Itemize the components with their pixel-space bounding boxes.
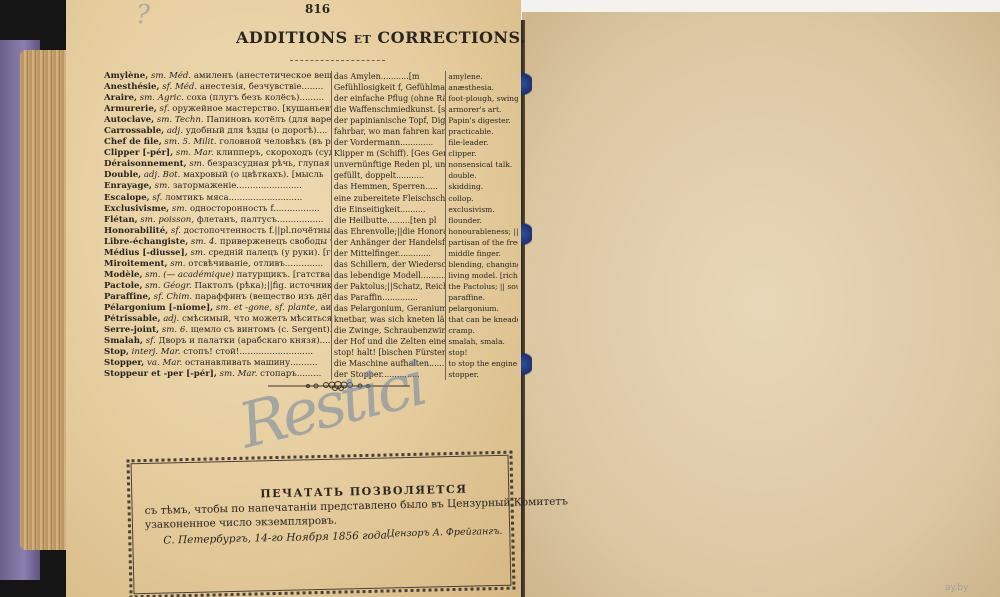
english-translation: smalah, smala.: [445, 336, 518, 347]
entry-row: Médius [-diusse], sm. средній палецъ (у …: [104, 248, 518, 259]
entry-row: Pélargonium [-niome], sm. et -gone, sf. …: [104, 303, 518, 314]
grammar-label: sf. Méd.: [162, 82, 197, 92]
english-translation: pelargonium.: [445, 303, 518, 314]
french-entry: Flétan, sm. poisson, флетанъ, палтусъ...…: [104, 215, 331, 226]
entry-row: Honorabilité, sf. достопочтенность f.||p…: [104, 226, 518, 237]
russian-translation: отсвѣчиваніе, отливъ..............: [188, 259, 323, 269]
entry-row: Armurerie, sf. оружейное мастерство. [ку…: [104, 104, 518, 115]
french-entry: Enrayage, sm. затормаженіе..............…: [104, 181, 331, 192]
headword: Stop,: [104, 347, 129, 357]
headword: Exclusivisme,: [104, 204, 169, 214]
headword: Pélargonium [-niome],: [104, 303, 213, 313]
russian-translation: затормаженіе........................: [173, 181, 302, 191]
english-translation: partisan of the free trade.: [445, 237, 518, 248]
headword: Anesthésie,: [104, 82, 159, 92]
german-translation: die Heilbutte.........[ten pl: [331, 215, 445, 226]
english-translation: practicable.: [445, 126, 518, 137]
grammar-label: sf.: [152, 193, 162, 203]
english-translation: middle finger.: [445, 248, 518, 259]
english-translation: file-leader.: [445, 137, 518, 148]
headword: Honorabilité,: [104, 226, 168, 236]
grammar-label: sm. Agric.: [140, 93, 184, 103]
headword: Stoppeur et -per [-pér],: [104, 369, 217, 379]
english-translation: clipper.: [445, 148, 518, 159]
grammar-label: sm.: [190, 248, 205, 258]
german-translation: das Amylen...........[m: [331, 71, 445, 82]
headword: Autoclave,: [104, 115, 154, 125]
french-entry: Smalah, sf. Дворъ и палатки (арабскаго к…: [104, 336, 331, 347]
english-translation: Papin's digester.: [445, 115, 518, 126]
title-divider: [290, 60, 385, 61]
german-translation: das Pelargonium, Geranium.: [331, 303, 445, 314]
german-translation: Gefühllosigkeit f, Gefühlmangel: [331, 82, 445, 93]
grammar-label: interj. Mar.: [132, 347, 181, 357]
entry-row: Modèle, sm. (— académique) патурщикъ. [г…: [104, 270, 518, 281]
german-translation: der papinianische Topf, Dige-: [331, 115, 445, 126]
english-translation: that can be kneaded.: [445, 314, 518, 325]
entry-row: Double, adj. Bot. махровый (о цвѣткахъ).…: [104, 170, 518, 181]
russian-translation: амиленъ (анестетическое вещество): [194, 71, 331, 81]
english-translation: the Pactolus; || source of: [445, 281, 518, 292]
russian-translation: Дворъ и палатки (арабскаго князя).....: [158, 336, 330, 346]
grammar-label: adj. Bot.: [144, 170, 180, 180]
grammar-label: sm.: [172, 204, 187, 214]
russian-translation: головной человѣкъ (въ ряду).: [219, 137, 331, 147]
grammar-label: sm. 5. Milit.: [164, 137, 216, 147]
german-translation: das Paraffin..............: [331, 292, 445, 303]
russian-translation: анестезія, безчувствіе........: [200, 82, 324, 92]
headword: Modèle,: [104, 270, 142, 280]
russian-translation: средній палецъ (у руки). [говли: [208, 248, 330, 258]
headword: Pétrissable,: [104, 314, 160, 324]
french-entry: Pélargonium [-niome], sm. et -gone, sf. …: [104, 303, 331, 314]
grammar-label: sm. (— académique): [145, 270, 234, 280]
german-translation: Klipper m (Schiff). [Ges Gerede: [331, 148, 445, 159]
english-translation: amylene.: [445, 71, 518, 82]
grammar-label: sm. Géogr.: [145, 281, 192, 291]
english-translation: stop!: [445, 347, 518, 358]
english-translation: anæsthesia.: [445, 82, 518, 93]
right-blank-page: [522, 12, 1000, 597]
entry-row: Amylène, sm. Méd. амиленъ (анестетическо…: [104, 71, 518, 82]
grammar-label: adj.: [167, 126, 183, 136]
russian-translation: оружейное мастерство. [кушаньевъ: [172, 104, 331, 114]
entry-row: Paraffine, sf. Chim. параффинъ (вещество…: [104, 292, 518, 303]
english-translation: paraffine.: [445, 292, 518, 303]
english-translation: blending, changing.: [445, 259, 518, 270]
french-entry: Exclusivisme, sm. односторонность f.....…: [104, 204, 331, 215]
entry-row: Libre-échangiste, sm. 4. приверженецъ св…: [104, 237, 518, 248]
german-translation: der Anhänger der Handelsfreiheit: [331, 237, 445, 248]
english-translation: armorer's art.: [445, 104, 518, 115]
grammar-label: sf. Chim.: [154, 292, 193, 302]
grammar-label: sm. 4.: [191, 237, 217, 247]
grammar-label: va. Mar.: [147, 358, 182, 368]
entry-row: Serre-joint, sm. 6. щемло съ винтомъ (с.…: [104, 325, 518, 336]
english-translation: exclusivism.: [445, 204, 518, 215]
entry-row: Miroitement, sm. отсвѣчиваніе, отливъ...…: [104, 259, 518, 270]
grammar-label: sm. Mar.: [176, 148, 214, 158]
german-translation: fahrbar, wo man fahren kann..: [331, 126, 445, 137]
grammar-label: adj.: [163, 314, 179, 324]
english-translation: living model. [riches: [445, 270, 518, 281]
german-translation: unvernünftige Reden pl, unsinni-: [331, 159, 445, 170]
french-entry: Carrossable, adj. удобный для ѣзды (о до…: [104, 126, 331, 137]
headword: Armurerie,: [104, 104, 157, 114]
french-entry: Stop, interj. Mar. стопъ! стой!.........…: [104, 347, 331, 358]
english-translation: double.: [445, 170, 518, 181]
headword: Araire,: [104, 93, 137, 103]
russian-translation: Пактолъ (рѣка);||fig. источникъ бо-: [194, 281, 330, 291]
russian-translation: махровый (о цвѣткахъ). [мысль: [183, 170, 323, 180]
german-translation: das Ehrenvolle;||die Honoratio-: [331, 226, 445, 237]
entry-row: Pactole, sm. Géogr. Пактолъ (рѣка);||fig…: [104, 281, 518, 292]
german-translation: die Zwinge, Schraubenzwinge.: [331, 325, 445, 336]
german-translation: gefüllt, doppelt...........: [331, 170, 445, 181]
page-number: 816: [305, 2, 330, 16]
french-entry: Escalope, sf. ломтикъ мяса..............…: [104, 193, 331, 204]
english-translation: nonsensical talk.: [445, 159, 518, 170]
french-entry: Anesthésie, sf. Méd. анестезія, безчувст…: [104, 82, 331, 93]
english-translation: flounder.: [445, 215, 518, 226]
russian-translation: параффинъ (вещество изъ дёгтя).: [195, 292, 331, 302]
french-entry: Médius [-diusse], sm. средній палецъ (у …: [104, 248, 331, 259]
watermark: ay.by: [945, 583, 968, 593]
grammar-label: sm.: [170, 259, 185, 269]
grammar-label: sm. et -gone, sf. plante,: [216, 303, 318, 313]
headword: Déraisonnement,: [104, 159, 187, 169]
french-entry: Chef de file, sm. 5. Milit. головной чел…: [104, 137, 331, 148]
entry-row: Smalah, sf. Дворъ и палатки (арабскаго к…: [104, 336, 518, 347]
headword: Médius [-diusse],: [104, 248, 188, 258]
headword: Flétan,: [104, 215, 138, 225]
headword: Smalah,: [104, 336, 143, 346]
entry-row: Carrossable, adj. удобный для ѣзды (о до…: [104, 126, 518, 137]
entry-row: Autoclave, sm. Techn. Папиновъ котёлъ (д…: [104, 115, 518, 126]
headword: Serre-joint,: [104, 325, 159, 335]
english-translation: foot-plough, swing-plough.: [445, 93, 518, 104]
french-entry: Modèle, sm. (— académique) патурщикъ. [г…: [104, 270, 331, 281]
russian-translation: достопочтенность f.||pl.почётныя лица: [184, 226, 331, 236]
entry-row: Anesthésie, sf. Méd. анестезія, безчувст…: [104, 82, 518, 93]
french-entry: Autoclave, sm. Techn. Папиновъ котёлъ (д…: [104, 115, 331, 126]
entry-row: Exclusivisme, sm. односторонность f.....…: [104, 204, 518, 215]
headword: Miroitement,: [104, 259, 168, 269]
grammar-label: sf.: [146, 336, 156, 346]
russian-translation: аистникъ: [321, 303, 331, 313]
headword: Pactole,: [104, 281, 142, 291]
entry-row: Chef de file, sm. 5. Milit. головной чел…: [104, 137, 518, 148]
french-entry: Clipper [-pér], sm. Mar. клипперъ, скоро…: [104, 148, 331, 159]
entry-row: Escalope, sf. ломтикъ мяса..............…: [104, 193, 518, 204]
french-entry: Amylène, sm. Méd. амиленъ (анестетическо…: [104, 71, 331, 82]
russian-translation: щемло съ винтомъ (с. Sergent).: [191, 325, 331, 335]
french-entry: Paraffine, sf. Chim. параффинъ (вещество…: [104, 292, 331, 303]
grammar-label: sm.: [189, 159, 204, 169]
german-translation: die Waffenschmiedkunst. [ster: [331, 104, 445, 115]
french-entry: Miroitement, sm. отсвѣчиваніе, отливъ...…: [104, 259, 331, 270]
russian-translation: стопъ! стой!...........................: [183, 347, 313, 357]
russian-translation: патурщикъ. [гатства: [237, 270, 330, 280]
french-entry: Libre-échangiste, sm. 4. приверженецъ св…: [104, 237, 331, 248]
german-translation: das lebendige Modell..........: [331, 270, 445, 281]
grammar-label: sf.: [171, 226, 181, 236]
headword: Stopper,: [104, 358, 144, 368]
headword: Chef de file,: [104, 137, 162, 147]
german-translation: das Hemmen, Sperren.....: [331, 181, 445, 192]
grammar-label: sf.: [160, 104, 170, 114]
approval-text-line: узаконенное число экземпляровъ.: [145, 515, 337, 531]
english-translation: skidding.: [445, 181, 518, 192]
german-translation: das Schillern, der Wiederschein.: [331, 259, 445, 270]
entry-row: Enrayage, sm. затормаженіе..............…: [104, 181, 518, 192]
title-word: ET: [354, 33, 372, 46]
french-entry: Pactole, sm. Géogr. Пактолъ (рѣка);||fig…: [104, 281, 331, 292]
russian-translation: соха (плугъ безъ колёсъ).........: [187, 93, 324, 103]
english-translation: stopper.: [445, 369, 518, 380]
german-translation: knetbar, was sich kneten läßt..: [331, 314, 445, 325]
german-translation: der Hof und die Zelten eines ara-: [331, 336, 445, 347]
headword: Paraffine,: [104, 292, 151, 302]
entry-row: Stopper, va. Mar. останавливать машину..…: [104, 358, 518, 369]
title-word: ADDITIONS: [236, 28, 348, 47]
headword: Amylène,: [104, 71, 148, 81]
entry-row: Flétan, sm. poisson, флетанъ, палтусъ...…: [104, 215, 518, 226]
entry-row: Pétrissable, adj. смѣсимый, что можетъ м…: [104, 314, 518, 325]
grammar-label: sm. Méd.: [151, 71, 191, 81]
german-translation: eine zubereitete Fleischschnitte..: [331, 193, 445, 204]
approval-text-line: съ тѣмъ, чтобы по напечатаніи представле…: [145, 495, 568, 517]
grammar-label: sm. Mar.: [220, 369, 258, 379]
russian-translation: смѣсимый, что можетъ мѣситься...: [182, 314, 331, 324]
russian-translation: односторонность f.................: [190, 204, 320, 214]
headword: Enrayage,: [104, 181, 152, 191]
entry-row: Stop, interj. Mar. стопъ! стой!.........…: [104, 347, 518, 358]
french-entry: Stopper, va. Mar. останавливать машину..…: [104, 358, 331, 369]
english-translation: collop.: [445, 193, 518, 204]
dictionary-entries: Amylène, sm. Méd. амиленъ (анестетическо…: [104, 71, 518, 380]
russian-translation: ломтикъ мяса...........................: [165, 193, 302, 203]
entry-row: Déraisonnement, sm. безразсудная рѣчь, г…: [104, 159, 518, 170]
page-edges-stained: [20, 50, 68, 550]
french-entry: Serre-joint, sm. 6. щемло съ винтомъ (с.…: [104, 325, 331, 336]
censor-signature: Цензоръ А. Фрейгангъ.: [386, 526, 503, 540]
title-word: CORRECTIONS.: [377, 28, 526, 47]
russian-translation: безразсудная рѣчь, глупая: [207, 159, 329, 169]
french-entry: Double, adj. Bot. махровый (о цвѣткахъ).…: [104, 170, 331, 181]
german-translation: der Vordermann.............: [331, 137, 445, 148]
german-translation: der einfache Pflug (ohne Räder).: [331, 93, 445, 104]
french-entry: Déraisonnement, sm. безразсудная рѣчь, г…: [104, 159, 331, 170]
russian-translation: флетанъ, палтусъ.................: [197, 215, 324, 225]
headword: Escalope,: [104, 193, 150, 203]
grammar-label: sm. 6.: [162, 325, 188, 335]
pencil-corner-mark: ?: [136, 0, 150, 30]
german-translation: die Einseitigkeit..........: [331, 204, 445, 215]
entry-row: Clipper [-pér], sm. Mar. клипперъ, скоро…: [104, 148, 518, 159]
headword: Libre-échangiste,: [104, 237, 188, 247]
russian-translation: клипперъ, скороходъ (судно).: [216, 148, 331, 158]
french-entry: Pétrissable, adj. смѣсимый, что можетъ м…: [104, 314, 331, 325]
russian-translation: удобный для ѣзды (о дорогѣ)....: [186, 126, 328, 136]
russian-translation: останавливать машину..........: [185, 358, 318, 368]
approval-place-date: С. Петербургъ, 14-го Ноября 1856 года.: [163, 529, 390, 546]
french-entry: Armurerie, sf. оружейное мастерство. [ку…: [104, 104, 331, 115]
english-translation: cramp.: [445, 325, 518, 336]
headword: Double,: [104, 170, 141, 180]
russian-translation: приверженецъ свободы тор-: [220, 237, 331, 247]
french-entry: Honorabilité, sf. достопочтенность f.||p…: [104, 226, 331, 237]
grammar-label: sm. Techn.: [157, 115, 204, 125]
entry-row: Araire, sm. Agric. соха (плугъ безъ колё…: [104, 93, 518, 104]
page-title: ADDITIONS ET CORRECTIONS.: [236, 28, 526, 47]
french-entry: Araire, sm. Agric. соха (плугъ безъ колё…: [104, 93, 331, 104]
headword: Clipper [-pér],: [104, 148, 173, 158]
book-photo: ? 816 ADDITIONS ET CORRECTIONS. Amylène,…: [0, 0, 1000, 597]
russian-translation: Папиновъ котёлъ (для варенія: [206, 115, 330, 125]
grammar-label: sm.: [155, 181, 170, 191]
headword: Carrossable,: [104, 126, 164, 136]
censorship-approval-box: ПЕЧАТАТЬ ПОЗВОЛЯЕТСЯ съ тѣмъ, чтобы по н…: [126, 451, 515, 597]
german-translation: der Paktolus;||Schatz, Reichthum: [331, 281, 445, 292]
german-translation: der Mittelfinger.............: [331, 248, 445, 259]
grammar-label: sm. poisson,: [140, 215, 194, 225]
english-translation: honourableness; || principal [person: [445, 226, 518, 237]
english-translation: to stop the engine.: [445, 358, 518, 369]
